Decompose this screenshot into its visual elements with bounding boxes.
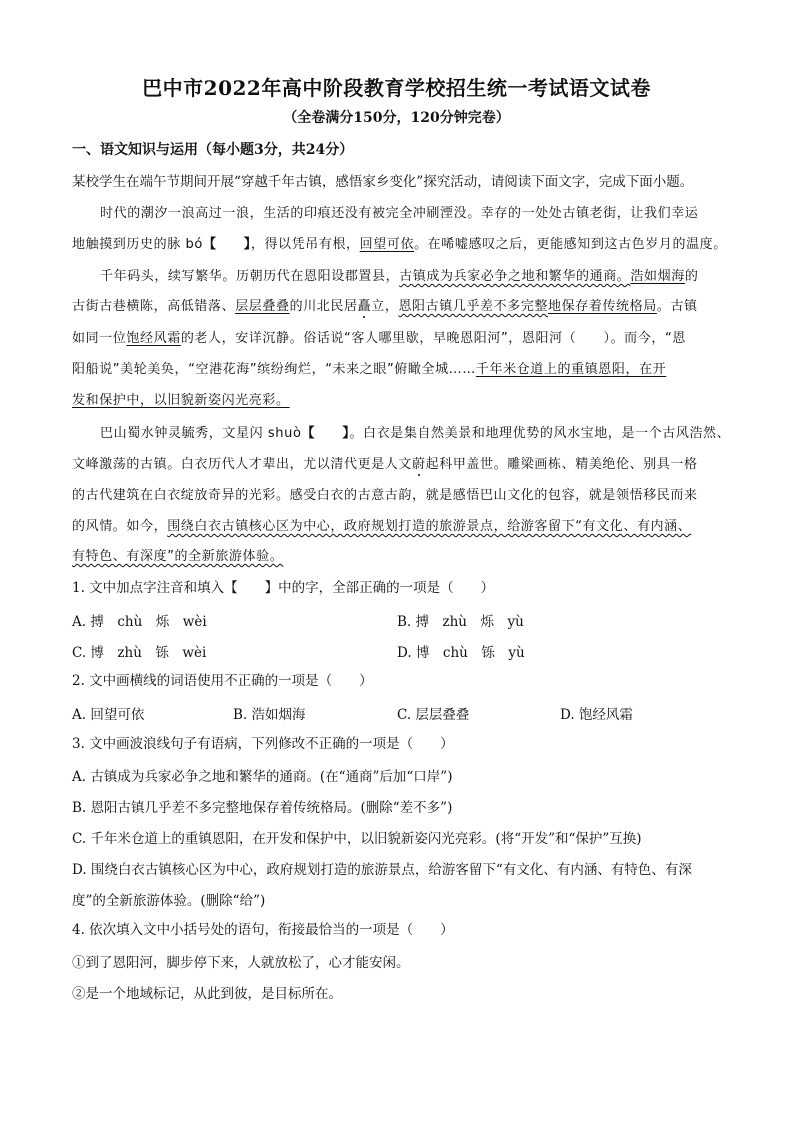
underlined-phrase: 层层叠叠: [235, 299, 289, 314]
question-4-sentence-1: ①到了恩阳河，脚步停下来，人就放松了，心才能安闲。: [72, 951, 410, 971]
question-3-option-d-cont: 度”的全新旅游体验。(删除“给”): [72, 889, 265, 909]
wavy-sentence: 有特色、有深度”的全新旅游体验。: [72, 549, 283, 564]
underlined-sentence: 发和保护中，以旧貌新姿闪光亮彩。: [72, 393, 290, 408]
passage-p3-line3: 的古代建筑在白衣绽放奇异的光彩。感受白衣的古意古韵，就是感悟巴山文化的包容，就是…: [72, 486, 698, 506]
wavy-sentence: 围绕白衣古镇核心区为中心，政府规划打造的旅游景点，给游客留下“有文化、有内涵、: [167, 519, 691, 534]
text: 阳船说”美轮美奂，“空港花海”缤纷绚烂，“未来之眼”俯瞰全城……: [72, 362, 476, 377]
text: 立，: [371, 299, 398, 314]
passage-p1-line2: 地触摸到历史的脉 bó【 】，得以凭吊有根，回望可依。在唏嘘感叹之后，更能感知到…: [72, 235, 727, 255]
text: 古街古巷横陈，高低错落、: [72, 299, 235, 314]
dotted-char: 蔚: [412, 457, 426, 472]
question-1-option-b[interactable]: B. 搏 zhù 烁 yù: [397, 610, 524, 630]
question-3-option-d[interactable]: D. 围绕白衣古镇核心区为中心，政府规划打造的旅游景点，给游客留下“有文化、有内…: [72, 858, 692, 878]
question-2-option-c[interactable]: C. 层层叠叠: [397, 703, 469, 723]
question-3-stem: 3. 文中画波浪线句子有语病，下列修改不正确的一项是（ ）: [72, 734, 454, 754]
question-2-option-a[interactable]: A. 回望可依: [72, 703, 144, 723]
passage-p2-line4: 阳船说”美轮美奂，“空港花海”缤纷绚烂，“未来之眼”俯瞰全城……千年米仓道上的重…: [72, 360, 666, 380]
underlined-sentence: 千年米仓道上的重镇恩阳，在开: [476, 362, 666, 377]
underlined-phrase: 饱经风霜: [126, 331, 180, 346]
text: 。在唏嘘感叹之后，更能感知到这古色岁月的温度。: [414, 237, 727, 252]
passage-p3-line4: 的风情。如今，围绕白衣古镇核心区为中心，政府规划打造的旅游景点，给游客留下“有文…: [72, 517, 691, 537]
question-3-option-c[interactable]: C. 千年米仓道上的重镇恩阳，在开发和保护中，以旧貌新姿闪光亮彩。(将“开发”和…: [72, 827, 642, 847]
underlined-phrase: 地保存着传统格局: [548, 299, 657, 314]
exam-title: 巴中市2022年高中阶段教育学校招生统一考试语文试卷: [0, 72, 793, 101]
question-1-option-d[interactable]: D. 博 chù 铄 yù: [397, 641, 525, 661]
question-2-stem: 2. 文中画横线的词语使用不正确的一项是（ ）: [72, 671, 373, 691]
underlined-phrase: 回望可依: [360, 237, 414, 252]
passage-p3-line1: 巴山蜀水钟灵毓秀，文星闪 shuò【 】。白衣是集自然美景和地理优势的风水宝地，…: [100, 424, 730, 444]
wavy-sentence: 恩阳古镇几乎差不多完整: [398, 299, 548, 314]
question-4-stem: 4. 依次填入文中小括号处的语句，衔接最恰当的一项是（ ）: [72, 920, 454, 940]
question-1-option-c[interactable]: C. 博 zhù 铄 wèi: [72, 641, 206, 661]
question-2-option-d[interactable]: D. 饱经风霜: [560, 703, 633, 723]
passage-p2-line1: 千年码头，续写繁华。历朝历代在恩阳设郡置县，古镇成为兵家必争之地和繁华的通商。浩…: [100, 267, 698, 287]
question-4-sentence-2: ②是一个地域标记，从此到彼，是目标所在。: [72, 982, 342, 1002]
passage-p1-line1: 时代的潮汐一浪高过一浪，生活的印痕还没有被完全冲刷湮没。幸存的一处处古镇老街，让…: [100, 204, 698, 224]
dotted-char: 矗: [358, 299, 372, 314]
text: 起科甲盖世。雕梁画栋、精美绝伦、别具一格: [426, 457, 698, 472]
text: 的风情。如今，: [72, 519, 167, 534]
question-3-option-b[interactable]: B. 恩阳古镇几乎差不多完整地保存着传统格局。(删除“差不多”): [72, 796, 452, 816]
passage-p3-line2: 文峰激荡的古镇。白衣历代人才辈出，尤以清代更是人文蔚起科甲盖世。雕梁画栋、精美绝…: [72, 455, 698, 475]
question-1-option-a[interactable]: A. 搏 chù 烁 wèi: [72, 610, 207, 630]
text: 巴山蜀水钟灵毓秀，文星闪 shuò: [100, 426, 302, 441]
text: 。古镇: [657, 299, 698, 314]
exam-page: 巴中市2022年高中阶段教育学校招生统一考试语文试卷 （全卷满分150分，120…: [0, 0, 793, 1122]
question-1-stem: 1. 文中加点字注音和填入【 】中的字，全部正确的一项是（ ）: [72, 578, 494, 598]
text: 如同一位: [72, 331, 126, 346]
wavy-sentence: 古镇成为兵家必争之地和繁华的通商。: [399, 269, 630, 284]
text: ，得以凭吊有根，: [251, 237, 360, 252]
underlined-phrase: 浩如烟海: [630, 269, 684, 284]
intro-text: 某校学生在端午节期间开展“穿越千年古镇，感悟家乡变化”探究活动，请阅读下面文字，…: [72, 172, 693, 192]
text: 。白衣是集自然美景和地理优势的风水宝地，是一个古风浩然、: [349, 426, 730, 441]
passage-p3-line5: 有特色、有深度”的全新旅游体验。: [72, 547, 283, 567]
passage-p2-line2: 古街古巷横陈，高低错落、层层叠叠的川北民居矗立，恩阳古镇几乎差不多完整地保存着传…: [72, 297, 698, 317]
text: 的老人，安详沉静。俗话说“客人哪里歇，早晚恩阳河”，恩阳河（ ）。而今，“恩: [181, 331, 686, 346]
section-heading: 一、语文知识与运用（每小题3分，共24分）: [72, 139, 353, 159]
passage-p2-line3: 如同一位饱经风霜的老人，安详沉静。俗话说“客人哪里歇，早晚恩阳河”，恩阳河（ ）…: [72, 329, 686, 349]
blank-bracket: 【 】: [302, 426, 350, 441]
text: 的: [685, 269, 699, 284]
question-3-option-a[interactable]: A. 古镇成为兵家必争之地和繁华的通商。(在“通商”后加“口岸”): [72, 765, 452, 785]
question-2-option-b[interactable]: B. 浩如烟海: [233, 703, 306, 723]
text: 文峰激荡的古镇。白衣历代人才辈出，尤以清代更是人文: [72, 457, 412, 472]
text: 千年码头，续写繁华。历朝历代在恩阳设郡置县，: [100, 269, 399, 284]
text: 地触摸到历史的脉 bó: [72, 237, 203, 252]
exam-subtitle: （全卷满分150分，120分钟完卷）: [0, 107, 793, 127]
text: 的川北民居: [290, 299, 358, 314]
blank-bracket: 【 】: [203, 237, 251, 252]
passage-p2-line5: 发和保护中，以旧貌新姿闪光亮彩。: [72, 391, 290, 411]
